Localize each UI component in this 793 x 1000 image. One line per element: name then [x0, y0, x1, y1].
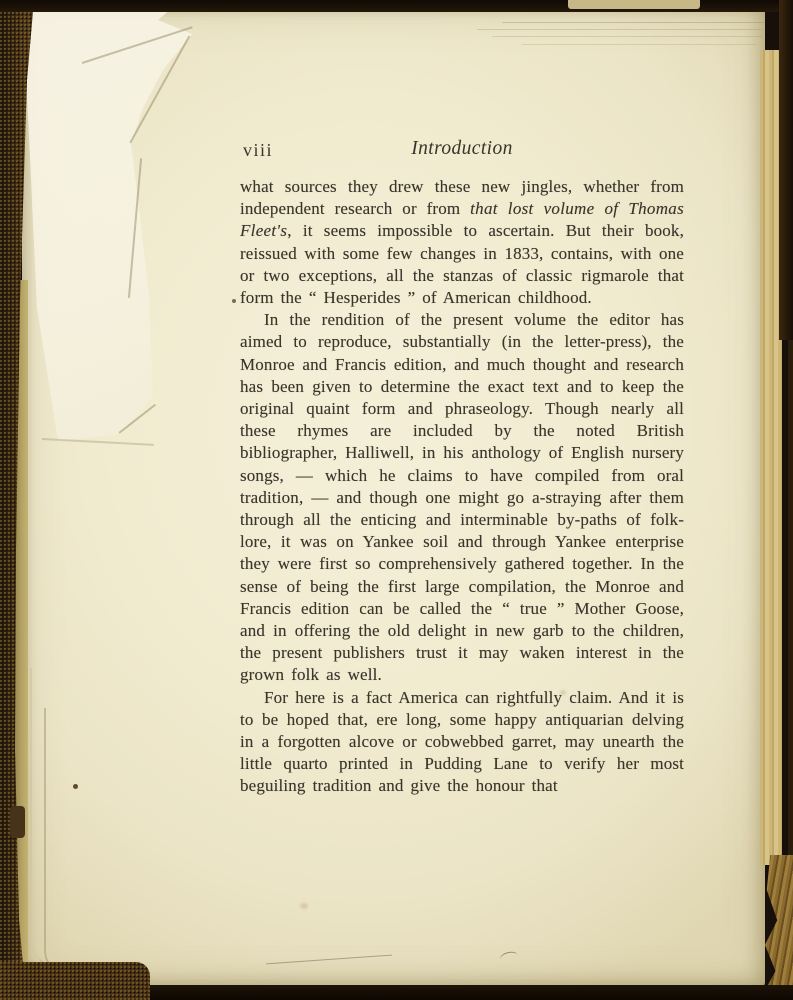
- page-ridge: [522, 44, 757, 45]
- text-run: For here is a fact America can rightfull…: [240, 688, 684, 796]
- page-ridge: [492, 36, 762, 37]
- paper-crease: [129, 36, 189, 143]
- page-ridge: [502, 22, 764, 23]
- paragraph: In the rendition of the present volume t…: [240, 309, 684, 686]
- page-curl: [44, 708, 72, 978]
- cover-cloth-bottom-left: [0, 962, 150, 1000]
- cover-right-sliver: [788, 340, 793, 860]
- paragraph: what sources they drew these new jingles…: [240, 176, 684, 309]
- paper-crease: [82, 26, 193, 63]
- torn-corner: [22, 8, 232, 458]
- text-run: In the rendition of the present volume t…: [240, 310, 684, 684]
- paragraph: For here is a fact America can rightfull…: [240, 687, 684, 798]
- cover-right-edge: [779, 0, 793, 340]
- page-curl: [30, 668, 62, 970]
- page-header: viii Introduction: [240, 138, 684, 168]
- paper-crease: [42, 438, 154, 445]
- protruding-page-tab: [568, 0, 700, 9]
- running-title: Introduction: [240, 138, 684, 160]
- body-text: what sources they drew these new jingles…: [240, 176, 684, 798]
- page-ridge: [477, 29, 762, 30]
- text-block: viii Introduction what sources they drew…: [240, 138, 684, 798]
- paper-crease: [119, 404, 156, 434]
- text-run: , it seems impossible to ascertain. But …: [240, 221, 684, 307]
- scanned-book-page: viii Introduction what sources they drew…: [0, 0, 793, 1000]
- cover-notch: [10, 806, 25, 838]
- paper-crease: [128, 158, 142, 298]
